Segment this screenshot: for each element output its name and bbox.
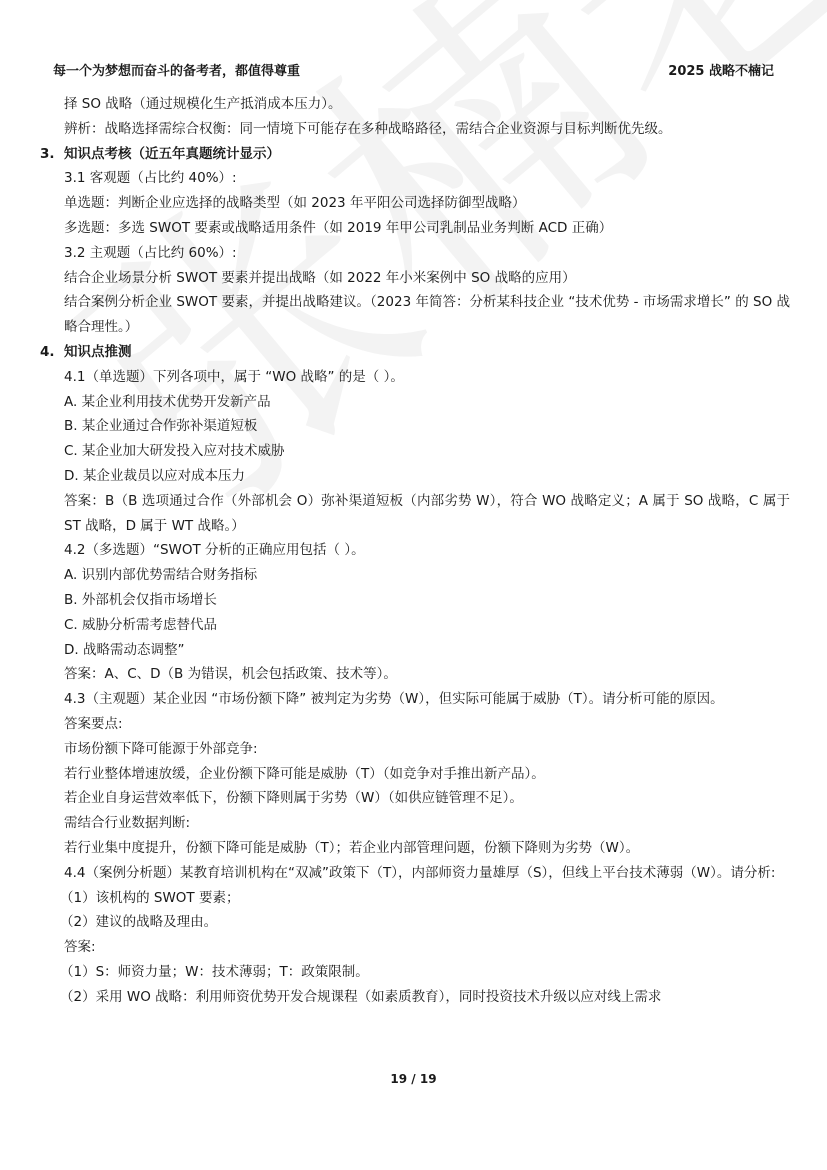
question-answer: 答案：A、C、D（B 为错误，机会包括政策、技术等）。 — [40, 662, 790, 687]
section-line: 3.1 客观题（占比约 40%）: — [40, 166, 790, 191]
question-subitem: （1）该机构的 SWOT 要素； — [40, 886, 790, 911]
question-option: C. 威胁分析需考虑替代品 — [40, 613, 790, 638]
answer-line: （1）S：师资力量；W：技术薄弱；T：政策限制。 — [40, 960, 790, 985]
question-answer: 答案：B（B 选项通过合作（外部机会 O）弥补渠道短板（内部劣势 W），符合 W… — [40, 489, 790, 539]
question-stem: 4.3（主观题）某企业因 “市场份额下降” 被判定为劣势（W），但实际可能属于威… — [40, 687, 790, 712]
answer-line: 需结合行业数据判断: — [40, 811, 790, 836]
answer-label: 答案: — [40, 935, 790, 960]
question-option: B. 某企业通过合作弥补渠道短板 — [40, 414, 790, 439]
section-line: 单选题：判断企业应选择的战略类型（如 2023 年平阳公司选择防御型战略） — [40, 191, 790, 216]
question-option: C. 某企业加大研发投入应对技术威胁 — [40, 439, 790, 464]
answer-line: 若企业自身运营效率低下，份额下降则属于劣势（W）（如供应链管理不足）。 — [40, 786, 790, 811]
answer-line: 若行业整体增速放缓，企业份额下降可能是威胁（T）（如竞争对手推出新产品）。 — [40, 762, 790, 787]
header-slogan: 每一个为梦想而奋斗的备考者，都值得尊重 — [53, 60, 300, 80]
answer-line: 答案要点: — [40, 712, 790, 737]
section-line: 结合企业场景分析 SWOT 要素并提出战略（如 2022 年小米案例中 SO 战… — [40, 266, 790, 291]
answer-line: 市场份额下降可能源于外部竞争: — [40, 737, 790, 762]
question-option: B. 外部机会仅指市场增长 — [40, 588, 790, 613]
section-number: 4. — [40, 340, 64, 365]
section-title: 知识点考核（近五年真题统计显示） — [64, 142, 280, 167]
question-stem: 4.4（案例分析题）某教育培训机构在“双减”政策下（T），内部师资力量雄厚（S）… — [40, 861, 790, 886]
intro-line: 择 SO 战略（通过规模化生产抵消成本压力）。 — [40, 92, 790, 117]
page-content: 择 SO 战略（通过规模化生产抵消成本压力）。 辨析：战略选择需综合权衡：同一情… — [40, 92, 790, 1009]
section-heading: 3. 知识点考核（近五年真题统计显示） — [40, 142, 790, 167]
section-line: 3.2 主观题（占比约 60%）: — [40, 241, 790, 266]
section-title: 知识点推测 — [64, 340, 132, 365]
question-subitem: （2）建议的战略及理由。 — [40, 910, 790, 935]
question-stem: 4.1（单选题）下列各项中，属于 “WO 战略” 的是（ ）。 — [40, 365, 790, 390]
answer-line: 若行业集中度提升，份额下降可能是威胁（T）；若企业内部管理问题，份额下降则为劣势… — [40, 836, 790, 861]
answer-line: （2）采用 WO 战略：利用师资优势开发合规课程（如素质教育），同时投资技术升级… — [40, 985, 790, 1010]
section-number: 3. — [40, 142, 64, 167]
section-paragraph: 结合案例分析企业 SWOT 要素，并提出战略建议。（2023 年简答：分析某科技… — [40, 290, 790, 340]
page-number: 19 / 19 — [0, 1072, 827, 1086]
question-stem: 4.2（多选题）“SWOT 分析的正确应用包括（ ）。 — [40, 538, 790, 563]
section-heading: 4. 知识点推测 — [40, 340, 790, 365]
question-option: D. 战略需动态调整” — [40, 638, 790, 663]
intro-line: 辨析：战略选择需综合权衡：同一情境下可能存在多种战略路径，需结合企业资源与目标判… — [40, 117, 790, 142]
question-option: A. 某企业利用技术优势开发新产品 — [40, 390, 790, 415]
section-line: 多选题：多选 SWOT 要素或战略适用条件（如 2019 年甲公司乳制品业务判断… — [40, 216, 790, 241]
question-option: A. 识别内部优势需结合财务指标 — [40, 563, 790, 588]
page-header: 每一个为梦想而奋斗的备考者，都值得尊重 2025 战略不楠记 — [53, 60, 774, 80]
document-page: 张楠老师 每一个为梦想而奋斗的备考者，都值得尊重 2025 战略不楠记 择 SO… — [0, 0, 827, 1170]
question-option: D. 某企业裁员以应对成本压力 — [40, 464, 790, 489]
header-title: 2025 战略不楠记 — [668, 60, 774, 80]
